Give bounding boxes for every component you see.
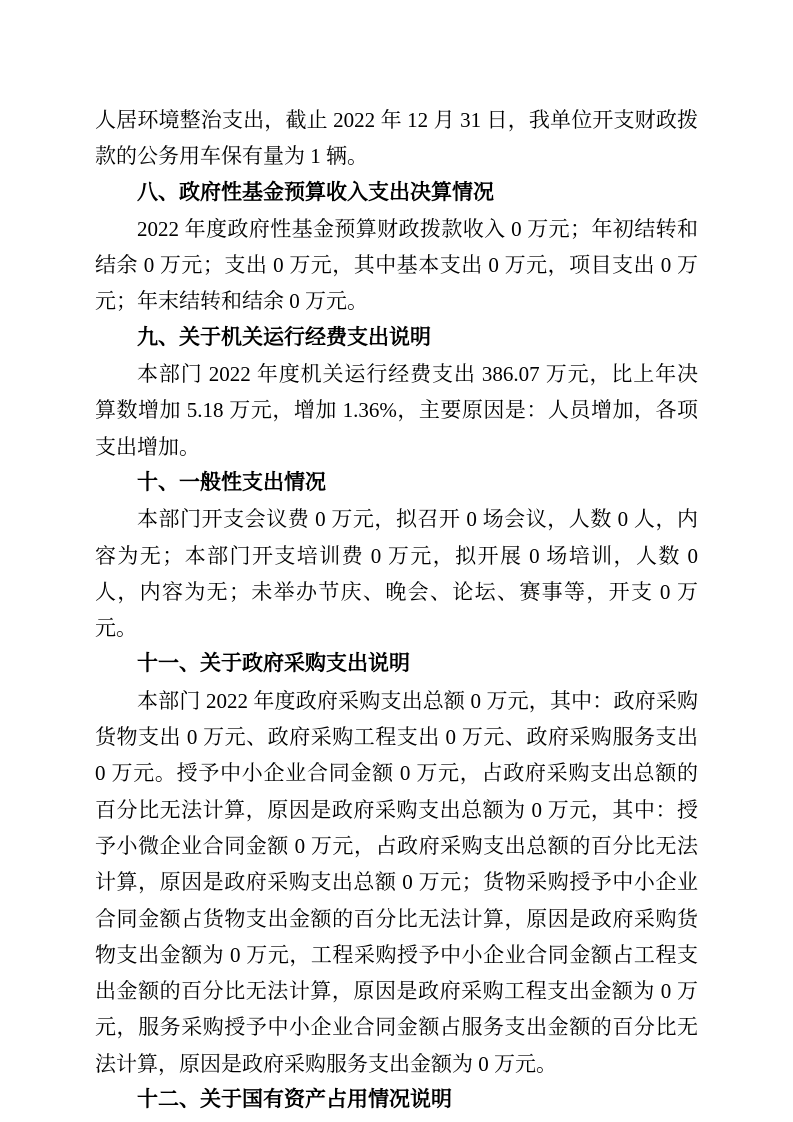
section-heading-11-government-procurement: 十一、关于政府采购支出说明 — [95, 646, 698, 682]
section-heading-9-agency-operating-expenses: 九、关于机关运行经费支出说明 — [95, 320, 698, 356]
paragraph-government-procurement: 本部门 2022 年度政府采购支出总额 0 万元，其中：政府采购货物支出 0 万… — [95, 683, 698, 1082]
paragraph-government-fund-budget: 2022 年度政府性基金预算财政拨款收入 0 万元；年初结转和结余 0 万元；支… — [95, 211, 698, 320]
document-page: 人居环境整治支出，截止 2022 年 12 月 31 日，我单位开支财政拨款的公… — [0, 0, 793, 1122]
section-heading-12-state-owned-assets: 十二、关于国有资产占用情况说明 — [95, 1082, 698, 1118]
paragraph-general-expenditure: 本部门开支会议费 0 万元，拟召开 0 场会议，人数 0 人，内容为无；本部门开… — [95, 501, 698, 646]
section-heading-8-government-fund-budget: 八、政府性基金预算收入支出决算情况 — [95, 175, 698, 211]
paragraph-vehicle-continuation: 人居环境整治支出，截止 2022 年 12 月 31 日，我单位开支财政拨款的公… — [95, 102, 698, 175]
section-heading-10-general-expenditure: 十、一般性支出情况 — [95, 465, 698, 501]
paragraph-agency-operating-expenses: 本部门 2022 年度机关运行经费支出 386.07 万元，比上年决算数增加 5… — [95, 356, 698, 465]
